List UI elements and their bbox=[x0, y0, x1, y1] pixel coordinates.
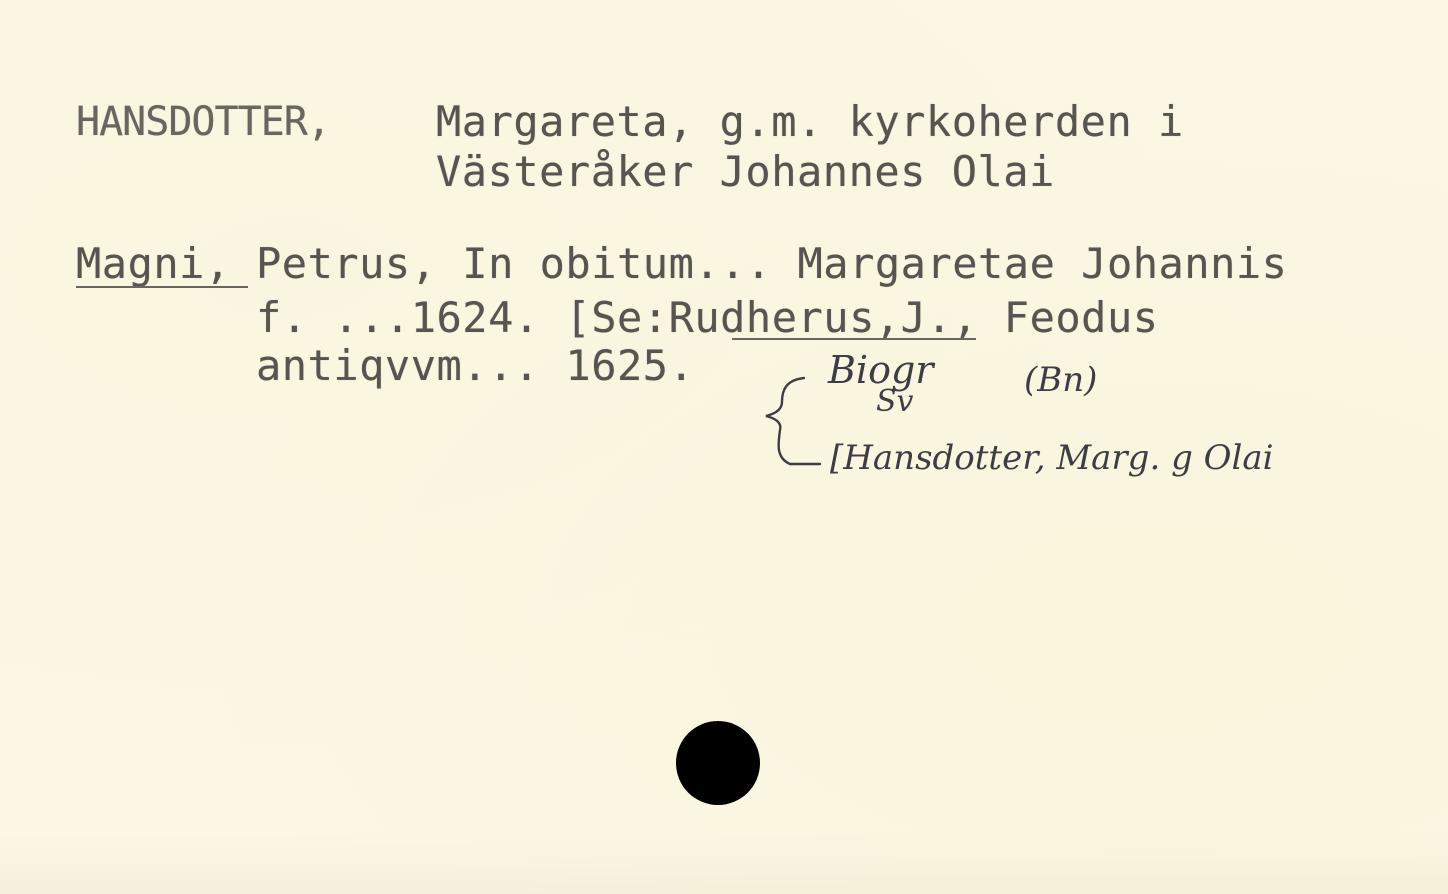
entry-line-3: antiqvvm... 1625. bbox=[256, 342, 694, 390]
curly-brace-icon bbox=[756, 372, 826, 468]
handwritten-line-2: [Hansdotter, Marg. g Olai bbox=[830, 438, 1274, 478]
punch-hole bbox=[676, 721, 760, 805]
heading-surname: HANSDOTTER, bbox=[76, 98, 330, 146]
entry-line-2-prefix: f. ...1624. [Se: bbox=[256, 293, 669, 342]
catalog-card: HANSDOTTER, Margareta, g.m. kyrkoherden … bbox=[0, 0, 1448, 894]
rudherus-underline bbox=[732, 338, 976, 340]
handwritten-bibl-ref: (Bn) bbox=[1024, 360, 1097, 400]
entry-author: Magni, bbox=[76, 240, 231, 288]
heading-description-line-1: Margareta, g.m. kyrkoherden i bbox=[436, 98, 1184, 146]
entry-title-line-1: Petrus, In obitum... Margaretae Johannis bbox=[256, 240, 1287, 288]
entry-line-2-suffix: ,J., Feodus bbox=[875, 293, 1159, 342]
heading-description-line-2: Västeråker Johannes Olai bbox=[436, 148, 1055, 196]
handwritten-sv: Sv bbox=[876, 384, 914, 419]
author-underline bbox=[76, 286, 248, 288]
cross-reference-rudherus: Rudherus bbox=[669, 293, 875, 342]
entry-line-2: f. ...1624. [Se:Rudherus,J., Feodus bbox=[256, 294, 1159, 342]
